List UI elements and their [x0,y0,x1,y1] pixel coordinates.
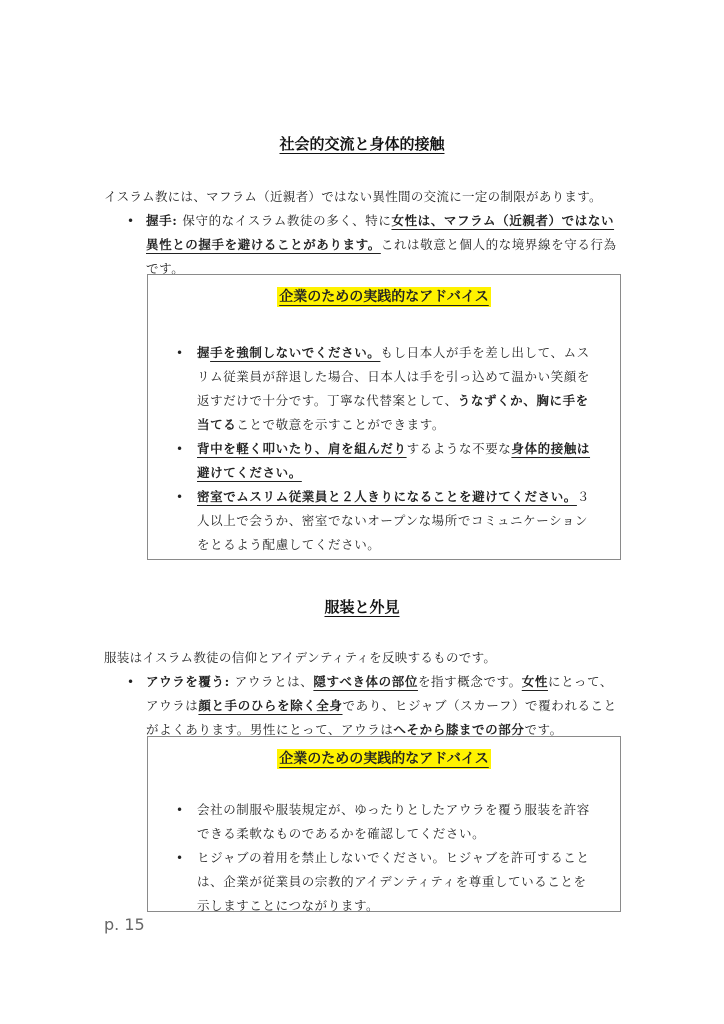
advice-text: ヒジャブの着用を禁止しないでください。ヒジャブを許可することは、企業が従業員の宗… [197,846,596,918]
bullet-icon: • [176,341,184,365]
advice-box-title: 企業のための実践的なアドバイス [148,748,620,768]
bullet-icon: • [176,485,184,509]
bullet-icon: • [176,798,184,822]
emphasis-text: 男性 [250,722,276,737]
text-segment: 保守的なイスラム教徒の多く、特に [182,213,391,228]
text-segment: を指す概念です。 [418,674,522,689]
highlighted-title: 企業のための実践的なアドバイス [277,287,491,307]
emphasis-text: 密室でムスリム従業員と２人きりになることを避けてください。 [197,489,577,504]
emphasis-text: 隠すべき体の部位 [313,674,418,689]
text-segment: です。 [524,722,562,737]
bullet-text: アウラを覆う: アウラとは、隠すべき体の部位を指す概念です。女性にとって、アウラ… [146,670,621,742]
bullet-label: アウラを覆う [146,674,225,689]
bullet-icon: • [176,846,184,870]
intro-paragraph-dress: 服装はイスラム教徒の信仰とアイデンティティを反映するものです。 [104,646,496,670]
text-segment: アウラとは、 [235,674,314,689]
heading-text: 服装と外見 [324,598,399,616]
page-number: p. 15 [104,915,145,934]
advice-text: 握手を強制しないでください。もし日本人が手を差し出して、ムスリム従業員が辞退した… [197,341,596,437]
advice-text: 背中を軽く叩いたり、肩を組んだりするような不要な身体的接触は避けてください。 [197,437,596,485]
advice-text: 会社の制服や服装規定が、ゆったりとしたアウラを覆う服装を許容できる柔軟なものであ… [197,798,596,846]
advice-item: • 密室でムスリム従業員と２人きりになることを避けてください。３人以上で会うか、… [176,485,596,557]
bullet-handshake: • 握手: 保守的なイスラム教徒の多く、特に女性は、マフラム（近親者）ではない異… [127,209,621,281]
section-heading-dress: 服装と外見 [0,596,724,617]
emphasis-text: へそから膝までの部分 [393,722,524,737]
heading-text: 社会的交流と身体的接触 [279,135,444,153]
advice-text: 密室でムスリム従業員と２人きりになることを避けてください。３人以上で会うか、密室… [197,485,596,557]
bullet-aura: • アウラを覆う: アウラとは、隠すべき体の部位を指す概念です。女性にとって、ア… [127,670,621,742]
label-separator: : [172,213,182,228]
advice-item: • ヒジャブの着用を禁止しないでください。ヒジャブを許可することは、企業が従業員… [176,846,596,918]
advice-item: • 背中を軽く叩いたり、肩を組んだりするような不要な身体的接触は避けてください。 [176,437,596,485]
text-segment: するような不要な [407,441,512,456]
bullet-icon: • [127,670,135,694]
text-segment: 握 [197,345,210,360]
bullet-text: 握手: 保守的なイスラム教徒の多く、特に女性は、マフラム（近親者）ではない異性と… [146,209,621,281]
bullet-label: 握手 [146,213,172,228]
bullet-icon: • [176,437,184,461]
emphasis-text: 手を強制しないでください。 [210,345,380,360]
advice-box-social: 企業のための実践的なアドバイス • 握手を強制しないでください。もし日本人が手を… [147,274,621,560]
text-segment: にとって、アウラは [276,722,393,737]
document-page: 社会的交流と身体的接触 イスラム教には、マフラム（近親者）ではない異性間の交流に… [0,0,724,1024]
emphasis-text: 顔と手のひらを除く全身 [198,698,342,713]
emphasis-text: 女性 [522,674,548,689]
advice-item: • 握手を強制しないでください。もし日本人が手を差し出して、ムスリム従業員が辞退… [176,341,596,437]
intro-paragraph-social: イスラム教には、マフラム（近親者）ではない異性間の交流に一定の制限があります。 [104,185,602,209]
label-separator: : [225,674,235,689]
advice-item: • 会社の制服や服装規定が、ゆったりとしたアウラを覆う服装を許容できる柔軟なもの… [176,798,596,846]
highlighted-title: 企業のための実践的なアドバイス [277,749,491,769]
bullet-icon: • [127,209,135,233]
text-segment: ことで敬意を示すことができます。 [236,417,445,432]
emphasis-text: 背中を軽く叩いたり、肩を組んだり [197,441,407,456]
advice-box-title: 企業のための実践的なアドバイス [148,286,620,306]
section-heading-social: 社会的交流と身体的接触 [0,133,724,154]
advice-box-dress: 企業のための実践的なアドバイス • 会社の制服や服装規定が、ゆったりとしたアウラ… [147,736,621,912]
